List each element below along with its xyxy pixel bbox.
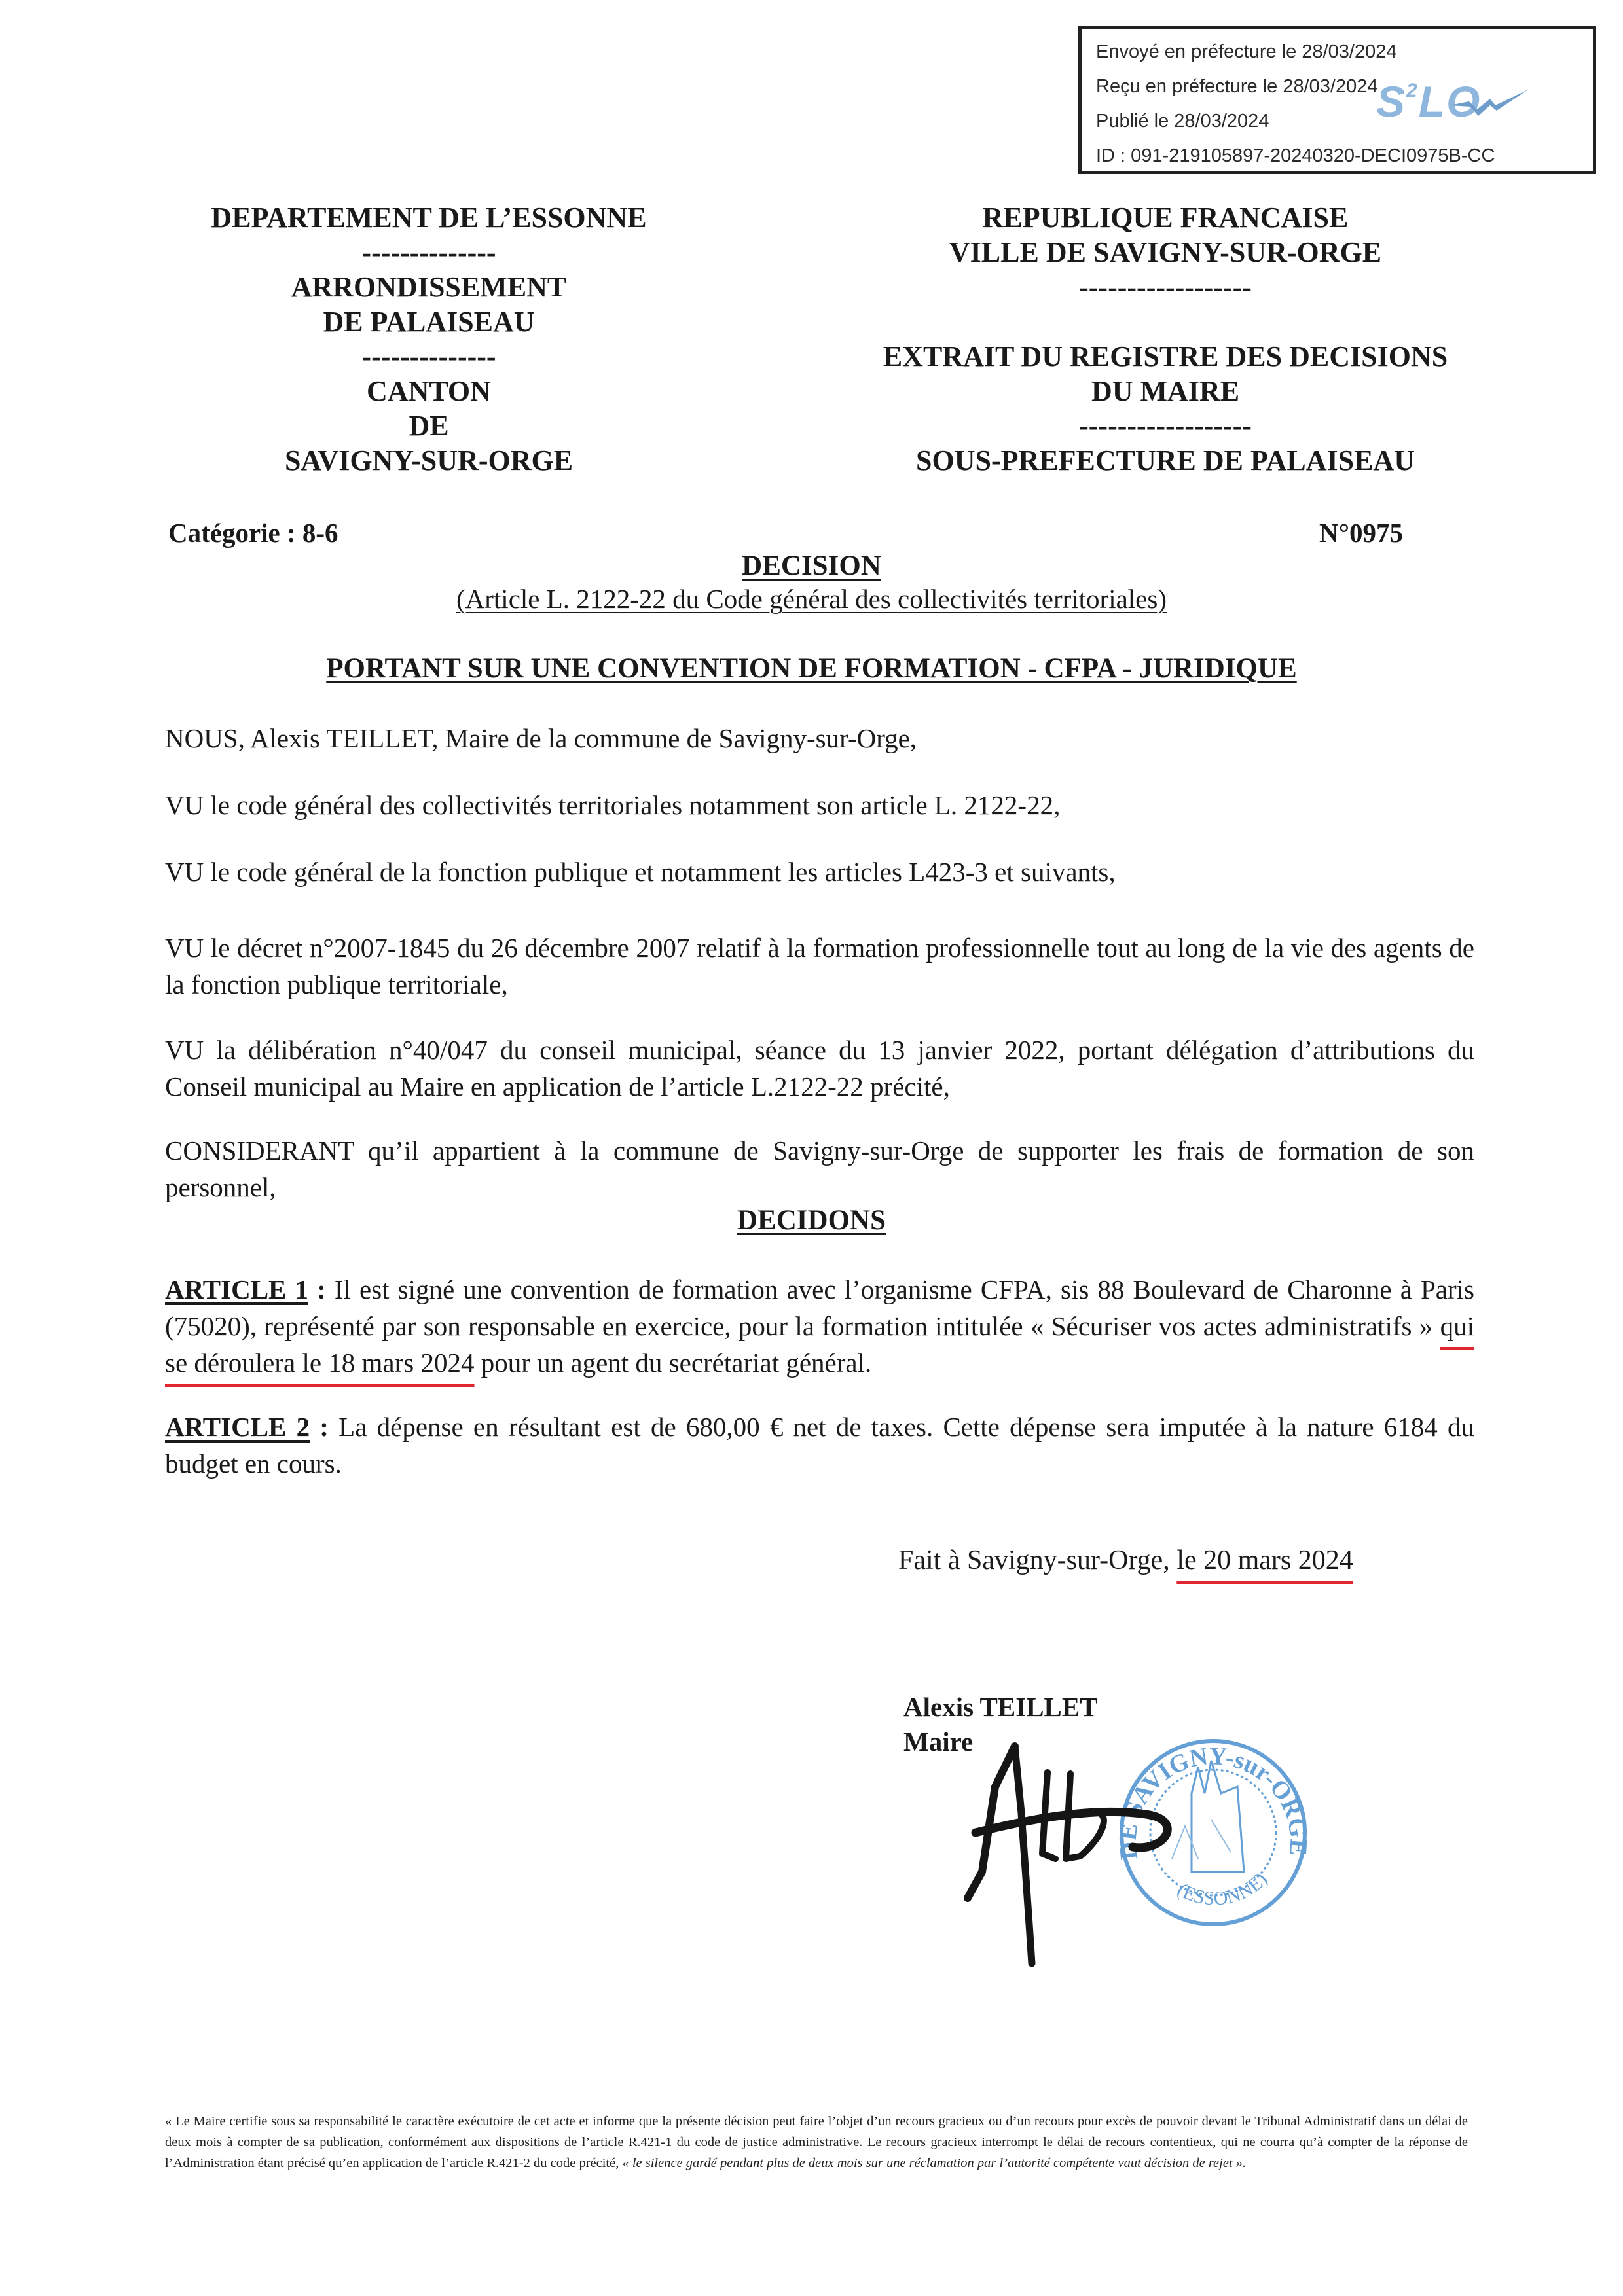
article-1-label: ARTICLE 1	[165, 1274, 308, 1304]
s2low-logo: S2LO	[1376, 81, 1501, 126]
s2low-checkmark-icon	[1450, 87, 1535, 120]
canton-line3: SAVIGNY-SUR-ORGE	[164, 443, 694, 478]
legal-notice-italic: « le silence gardé pendant plus de deux …	[622, 2156, 1246, 2170]
department: DEPARTEMENT DE L’ESSONNE	[164, 200, 694, 235]
transmission-stamp: Envoyé en préfecture le 28/03/2024 Reçu …	[1078, 26, 1596, 174]
register-line1: EXTRAIT DU REGISTRE DES DECISIONS	[851, 339, 1480, 374]
decision-title: DECISION	[0, 550, 1623, 582]
published-date: Publié le 28/03/2024	[1096, 111, 1269, 132]
arrondissement-line2: DE PALAISEAU	[164, 304, 694, 339]
separator: --------------	[164, 235, 694, 270]
article-2-label: ARTICLE 2	[165, 1412, 310, 1442]
header-right: REPUBLIQUE FRANCAISE VILLE DE SAVIGNY-SU…	[851, 200, 1480, 478]
category: Catégorie : 8-6	[168, 517, 338, 548]
register-line2: DU MAIRE	[851, 374, 1480, 408]
canton-line2: DE	[164, 408, 694, 443]
closing-place-date: Fait à Savigny-sur-Orge, le 20 mars 2024	[898, 1545, 1353, 1576]
city: VILLE DE SAVIGNY-SUR-ORGE	[851, 235, 1480, 270]
header-left: DEPARTEMENT DE L’ESSONNE -------------- …	[164, 200, 694, 478]
decidons-heading: DECIDONS	[0, 1204, 1623, 1236]
arrondissement-line1: ARRONDISSEMENT	[164, 270, 694, 304]
municipal-seal-icon: DE SAVIGNY-sur-ORGE (ESSONNE)	[1114, 1741, 1312, 1924]
decision-number: N°0975	[1319, 517, 1403, 548]
spacer	[851, 304, 1480, 339]
article-1: ARTICLE 1 : Il est signé une convention …	[165, 1271, 1474, 1381]
visa-2: VU le code général de la fonction publiq…	[165, 853, 1474, 890]
visa-1: VU le code général des collectivités ter…	[165, 787, 1474, 823]
subprefecture: SOUS-PREFECTURE DE PALAISEAU	[851, 443, 1480, 478]
signatory-title: Maire	[903, 1725, 1098, 1759]
visa-3: VU le décret n°2007-1845 du 26 décembre …	[165, 929, 1474, 1003]
closing-date: le 20 mars 2024	[1176, 1545, 1353, 1575]
signatory-block: Alexis TEILLET Maire	[903, 1690, 1098, 1759]
republic: REPUBLIQUE FRANCAISE	[851, 200, 1480, 235]
canton-line1: CANTON	[164, 374, 694, 408]
sent-date: Envoyé en préfecture le 28/03/2024	[1096, 41, 1397, 63]
considerant: CONSIDERANT qu’il appartient à la commun…	[165, 1132, 1474, 1206]
legal-basis: (Article L. 2122-22 du Code général des …	[0, 583, 1623, 615]
received-date: Reçu en préfecture le 28/03/2024	[1096, 76, 1377, 98]
visa-4: VU la délibération n°40/047 du conseil m…	[165, 1031, 1474, 1105]
svg-text:(ESSONNE): (ESSONNE)	[1174, 1869, 1272, 1910]
legal-notice-footer: « Le Maire certifie sous sa responsabili…	[165, 2111, 1468, 2174]
signatory-name: Alexis TEILLET	[903, 1690, 1098, 1725]
separator: --------------	[164, 339, 694, 374]
decision-subject: PORTANT SUR UNE CONVENTION DE FORMATION …	[0, 653, 1623, 685]
article-2: ARTICLE 2 : La dépense en résultant est …	[165, 1408, 1474, 1482]
separator: ------------------	[851, 408, 1480, 443]
separator: ------------------	[851, 270, 1480, 304]
preamble-nous: NOUS, Alexis TEILLET, Maire de la commun…	[165, 720, 1474, 757]
act-id: ID : 091-219105897-20240320-DECI0975B-CC	[1096, 145, 1495, 167]
